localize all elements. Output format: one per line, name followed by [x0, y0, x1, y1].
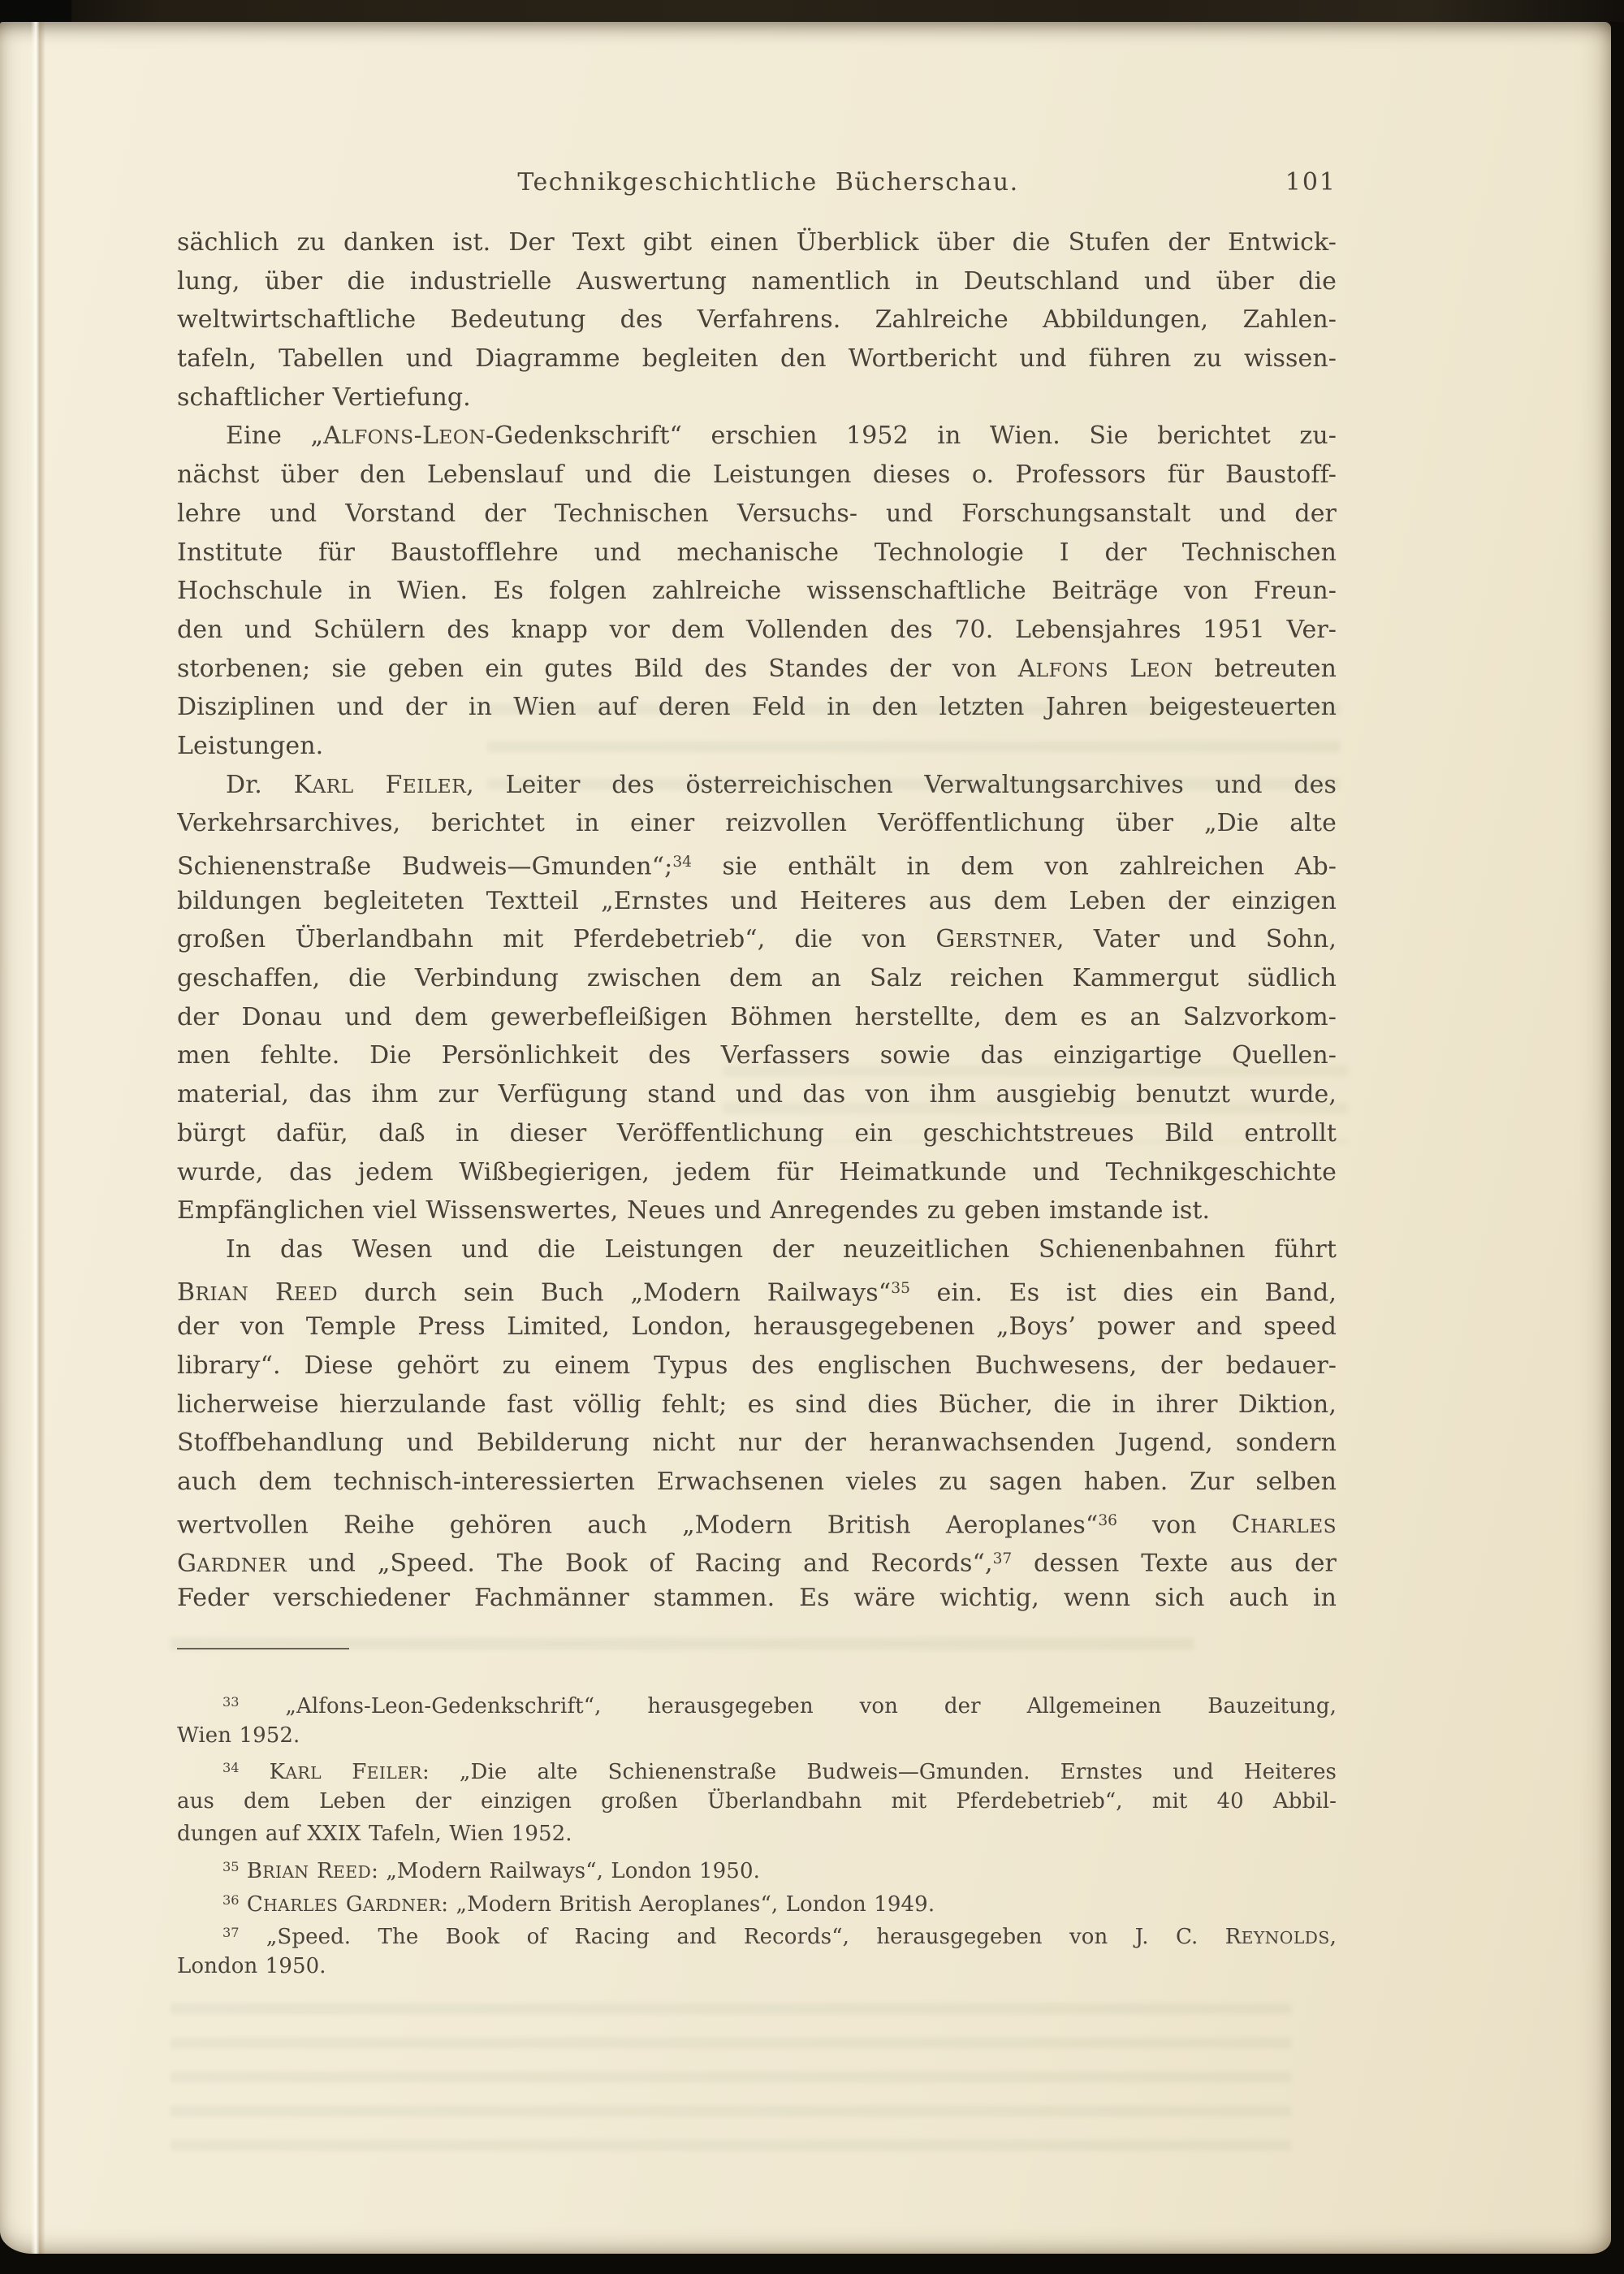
running-header: Technikgeschichtliche Bücherschau. 101	[177, 165, 1337, 201]
text-line: Schienenstraße Budweis—Gmunden“;34 sie e…	[177, 843, 1337, 882]
text-line: Eine „ALFONS-LEON-Gedenkschrift“ erschie…	[177, 417, 1337, 456]
footnote-reference: 35	[891, 1280, 910, 1297]
book-page: Technikgeschichtliche Bücherschau. 101 s…	[0, 22, 1611, 2254]
text-line: geschaffen, die Verbindung zwischen dem …	[177, 959, 1337, 998]
scan-background-band	[0, 0, 1624, 22]
text-line: wertvollen Reihe gehören auch „Modern Br…	[177, 1502, 1337, 1541]
footnote: 37 „Speed. The Book of Racing and Record…	[177, 1917, 1337, 1982]
footnote: 35 BRIAN REED: „Modern Railways“, London…	[177, 1851, 1337, 1884]
footnote-reference: 35	[222, 1859, 240, 1874]
small-caps-name: ALFONS-LEON	[323, 422, 486, 450]
paragraph: Eine „ALFONS-LEON-Gedenkschrift“ erschie…	[177, 417, 1337, 765]
text-line: 35 BRIAN REED: „Modern Railways“, London…	[177, 1851, 1337, 1884]
small-caps-name: GERSTNER	[935, 925, 1056, 953]
text-line: sächlich zu danken ist. Der Text gibt ei…	[177, 223, 1337, 262]
text-line: auch dem technisch-interessierten Erwach…	[177, 1463, 1337, 1502]
text-line: bürgt dafür, daß in dieser Veröffentlich…	[177, 1114, 1337, 1153]
text-line: weltwirtschaftliche Bedeutung des Verfah…	[177, 300, 1337, 339]
text-line: den und Schülern des knapp vor dem Volle…	[177, 611, 1337, 650]
text-line: Disziplinen und der in Wien auf deren Fe…	[177, 688, 1337, 727]
text-line: Hochschule in Wien. Es folgen zahlreiche…	[177, 572, 1337, 611]
paragraph: sächlich zu danken ist. Der Text gibt ei…	[177, 223, 1337, 417]
footnote: 36 CHARLES GARDNER: „Modern British Aero…	[177, 1884, 1337, 1917]
text-line: lehre und Vorstand der Technischen Versu…	[177, 495, 1337, 534]
small-caps-name: BRIAN REED	[177, 1278, 338, 1307]
footnote-reference: 37	[993, 1550, 1013, 1567]
small-caps-name: KARL FEILER	[270, 1760, 422, 1784]
small-caps-name: CHARLES GARDNER	[247, 1892, 441, 1917]
footnotes: 33 „Alfons-Leon-Gedenkschrift“, herausge…	[177, 1686, 1337, 1982]
page-number: 101	[1285, 165, 1337, 201]
small-caps-name: CHARLES	[1232, 1511, 1337, 1539]
text-line: storbenen; sie geben ein gutes Bild des …	[177, 650, 1337, 689]
text-line: bildungen begleiteten Textteil „Ernstes …	[177, 882, 1337, 921]
body-text: sächlich zu danken ist. Der Text gibt ei…	[177, 223, 1337, 1618]
footnote: 33 „Alfons-Leon-Gedenkschrift“, herausge…	[177, 1686, 1337, 1752]
text-line: men fehlte. Die Persönlichkeit des Verfa…	[177, 1036, 1337, 1075]
show-through-artifact	[171, 1638, 1194, 1675]
footnote-reference: 36	[222, 1892, 240, 1908]
text-line: tafeln, Tabellen und Diagramme begleiten…	[177, 339, 1337, 378]
small-caps-name: BRIAN REED	[247, 1859, 371, 1883]
text-line: 33 „Alfons-Leon-Gedenkschrift“, herausge…	[177, 1686, 1337, 1719]
text-line: 36 CHARLES GARDNER: „Modern British Aero…	[177, 1884, 1337, 1917]
text-line: der von Temple Press Limited, London, he…	[177, 1308, 1337, 1347]
text-line: library“. Diese gehört zu einem Typus de…	[177, 1347, 1337, 1386]
text-line: der Donau und dem gewerbefleißigen Böhme…	[177, 998, 1337, 1037]
small-caps-name: REYNOLDS	[1225, 1925, 1330, 1949]
text-line: Wien 1952.	[177, 1719, 1337, 1753]
text-line: lung, über die industrielle Auswertung n…	[177, 262, 1337, 301]
text-line: licherweise hierzulande fast völlig fehl…	[177, 1386, 1337, 1424]
small-caps-name: GARDNER	[177, 1550, 287, 1578]
text-line: nächst über den Lebenslauf und die Leist…	[177, 456, 1337, 495]
text-line: material, das ihm zur Verfügung stand un…	[177, 1075, 1337, 1114]
running-header-title: Technikgeschichtliche Bücherschau.	[188, 165, 1348, 201]
text-line: Feder verschiedener Fachmänner stammen. …	[177, 1579, 1337, 1618]
text-line: dungen auf XXIX Tafeln, Wien 1952.	[177, 1818, 1337, 1851]
footnote-reference: 34	[672, 854, 692, 871]
text-line: wurde, das jedem Wißbegierigen, jedem fü…	[177, 1153, 1337, 1192]
footnote-reference: 33	[222, 1694, 240, 1710]
text-line: großen Überlandbahn mit Pferdebetrieb“, …	[177, 920, 1337, 959]
text-line: 37 „Speed. The Book of Racing and Record…	[177, 1917, 1337, 1950]
text-line: aus dem Leben der einzigen großen Überla…	[177, 1785, 1337, 1818]
text-line: Verkehrsarchives, berichtet in einer rei…	[177, 804, 1337, 843]
footnote-reference: 37	[222, 1925, 240, 1940]
paragraph: Dr. KARL FEILER, Leiter des österreichis…	[177, 766, 1337, 1230]
text-line: schaftlicher Vertiefung.	[177, 378, 1337, 417]
footnote-separator	[177, 1648, 349, 1649]
text-line: Stoffbehandlung und Bebilderung nicht nu…	[177, 1424, 1337, 1463]
show-through-artifact	[171, 2004, 1291, 2158]
page-gutter-crease	[31, 22, 45, 2254]
text-line: Institute für Baustofflehre und mechanis…	[177, 534, 1337, 573]
text-line: Leistungen.	[177, 727, 1337, 766]
text-line: Empfänglichen viel Wissenswertes, Neues …	[177, 1191, 1337, 1230]
text-line: BRIAN REED durch sein Buch „Modern Railw…	[177, 1269, 1337, 1308]
text-line: 34 KARL FEILER: „Die alte Schienenstraße…	[177, 1752, 1337, 1785]
paragraph: In das Wesen und die Leistungen der neuz…	[177, 1230, 1337, 1618]
footnote-reference: 36	[1098, 1512, 1117, 1529]
text-line: London 1950.	[177, 1950, 1337, 1983]
footnote-reference: 34	[222, 1760, 240, 1775]
text-line: Dr. KARL FEILER, Leiter des österreichis…	[177, 766, 1337, 805]
small-caps-name: ALFONS LEON	[1018, 655, 1194, 683]
footnote: 34 KARL FEILER: „Die alte Schienenstraße…	[177, 1752, 1337, 1851]
scanned-page-screenshot: { "colors": { "paper": "#f2ebd6", "ink":…	[0, 0, 1624, 2274]
text-line: GARDNER und „Speed. The Book of Racing a…	[177, 1540, 1337, 1579]
small-caps-name: KARL FEILER	[294, 771, 467, 799]
text-line: In das Wesen und die Leistungen der neuz…	[177, 1230, 1337, 1269]
